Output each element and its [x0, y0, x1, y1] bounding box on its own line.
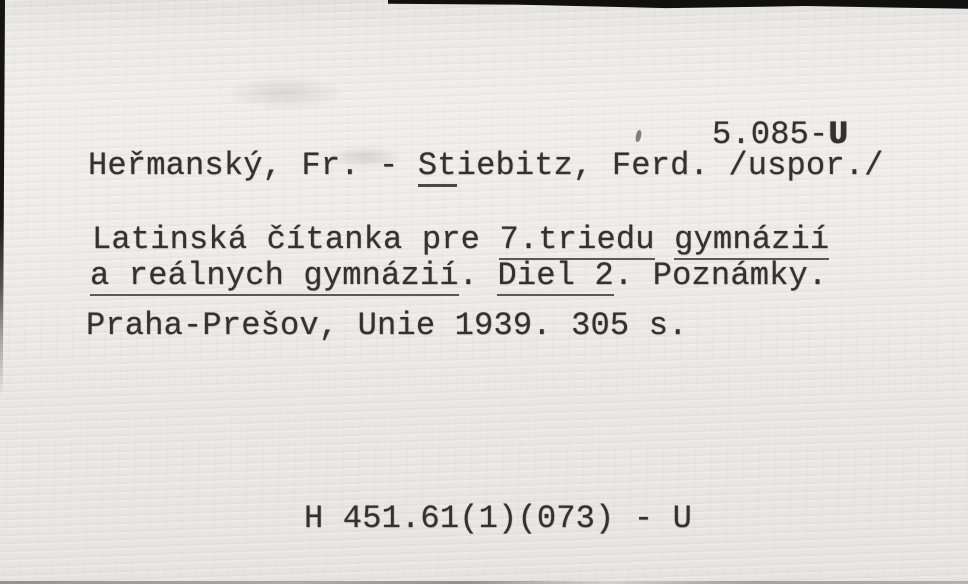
title-text: .	[459, 257, 498, 294]
call-number: H 451.61(1)(073) - U	[304, 501, 692, 537]
title-text: Latinská čítanka pre	[92, 221, 499, 258]
imprint-line: Praha-Prešov, Unie 1939. 305 s.	[86, 308, 688, 344]
title-text: . Poznámky.	[614, 257, 827, 294]
paper-smudge	[225, 76, 345, 110]
ink-speck	[635, 130, 642, 143]
catalog-card-scan: 5.085-U Heřmanský, Fr. - Stiebitz, Ferd.…	[0, 0, 968, 584]
title-underlined: Diel 2	[497, 257, 613, 296]
title-text	[655, 221, 674, 258]
scan-artifact-top-edge	[388, 0, 968, 11]
author-heading-text: iebitz, Ferd. /uspor./	[457, 147, 884, 184]
author-heading-text: Heřmanský, Fr. -	[88, 147, 418, 184]
title-line-2: a reálnych gymnázií. Diel 2. Poznámky.	[90, 258, 827, 294]
title-line-1: Latinská čítanka pre 7.triedu gymnázií	[92, 222, 829, 258]
title-underlined: a reálnych gymnázií	[90, 257, 459, 296]
author-heading: Heřmanský, Fr. - Stiebitz, Ferd. /uspor.…	[88, 148, 884, 184]
title-underlined: gymnázií	[674, 221, 829, 260]
scan-artifact-left-edge	[0, 0, 5, 398]
title-underlined: 7.triedu	[499, 221, 654, 260]
author-heading-underlined: St	[418, 147, 457, 187]
